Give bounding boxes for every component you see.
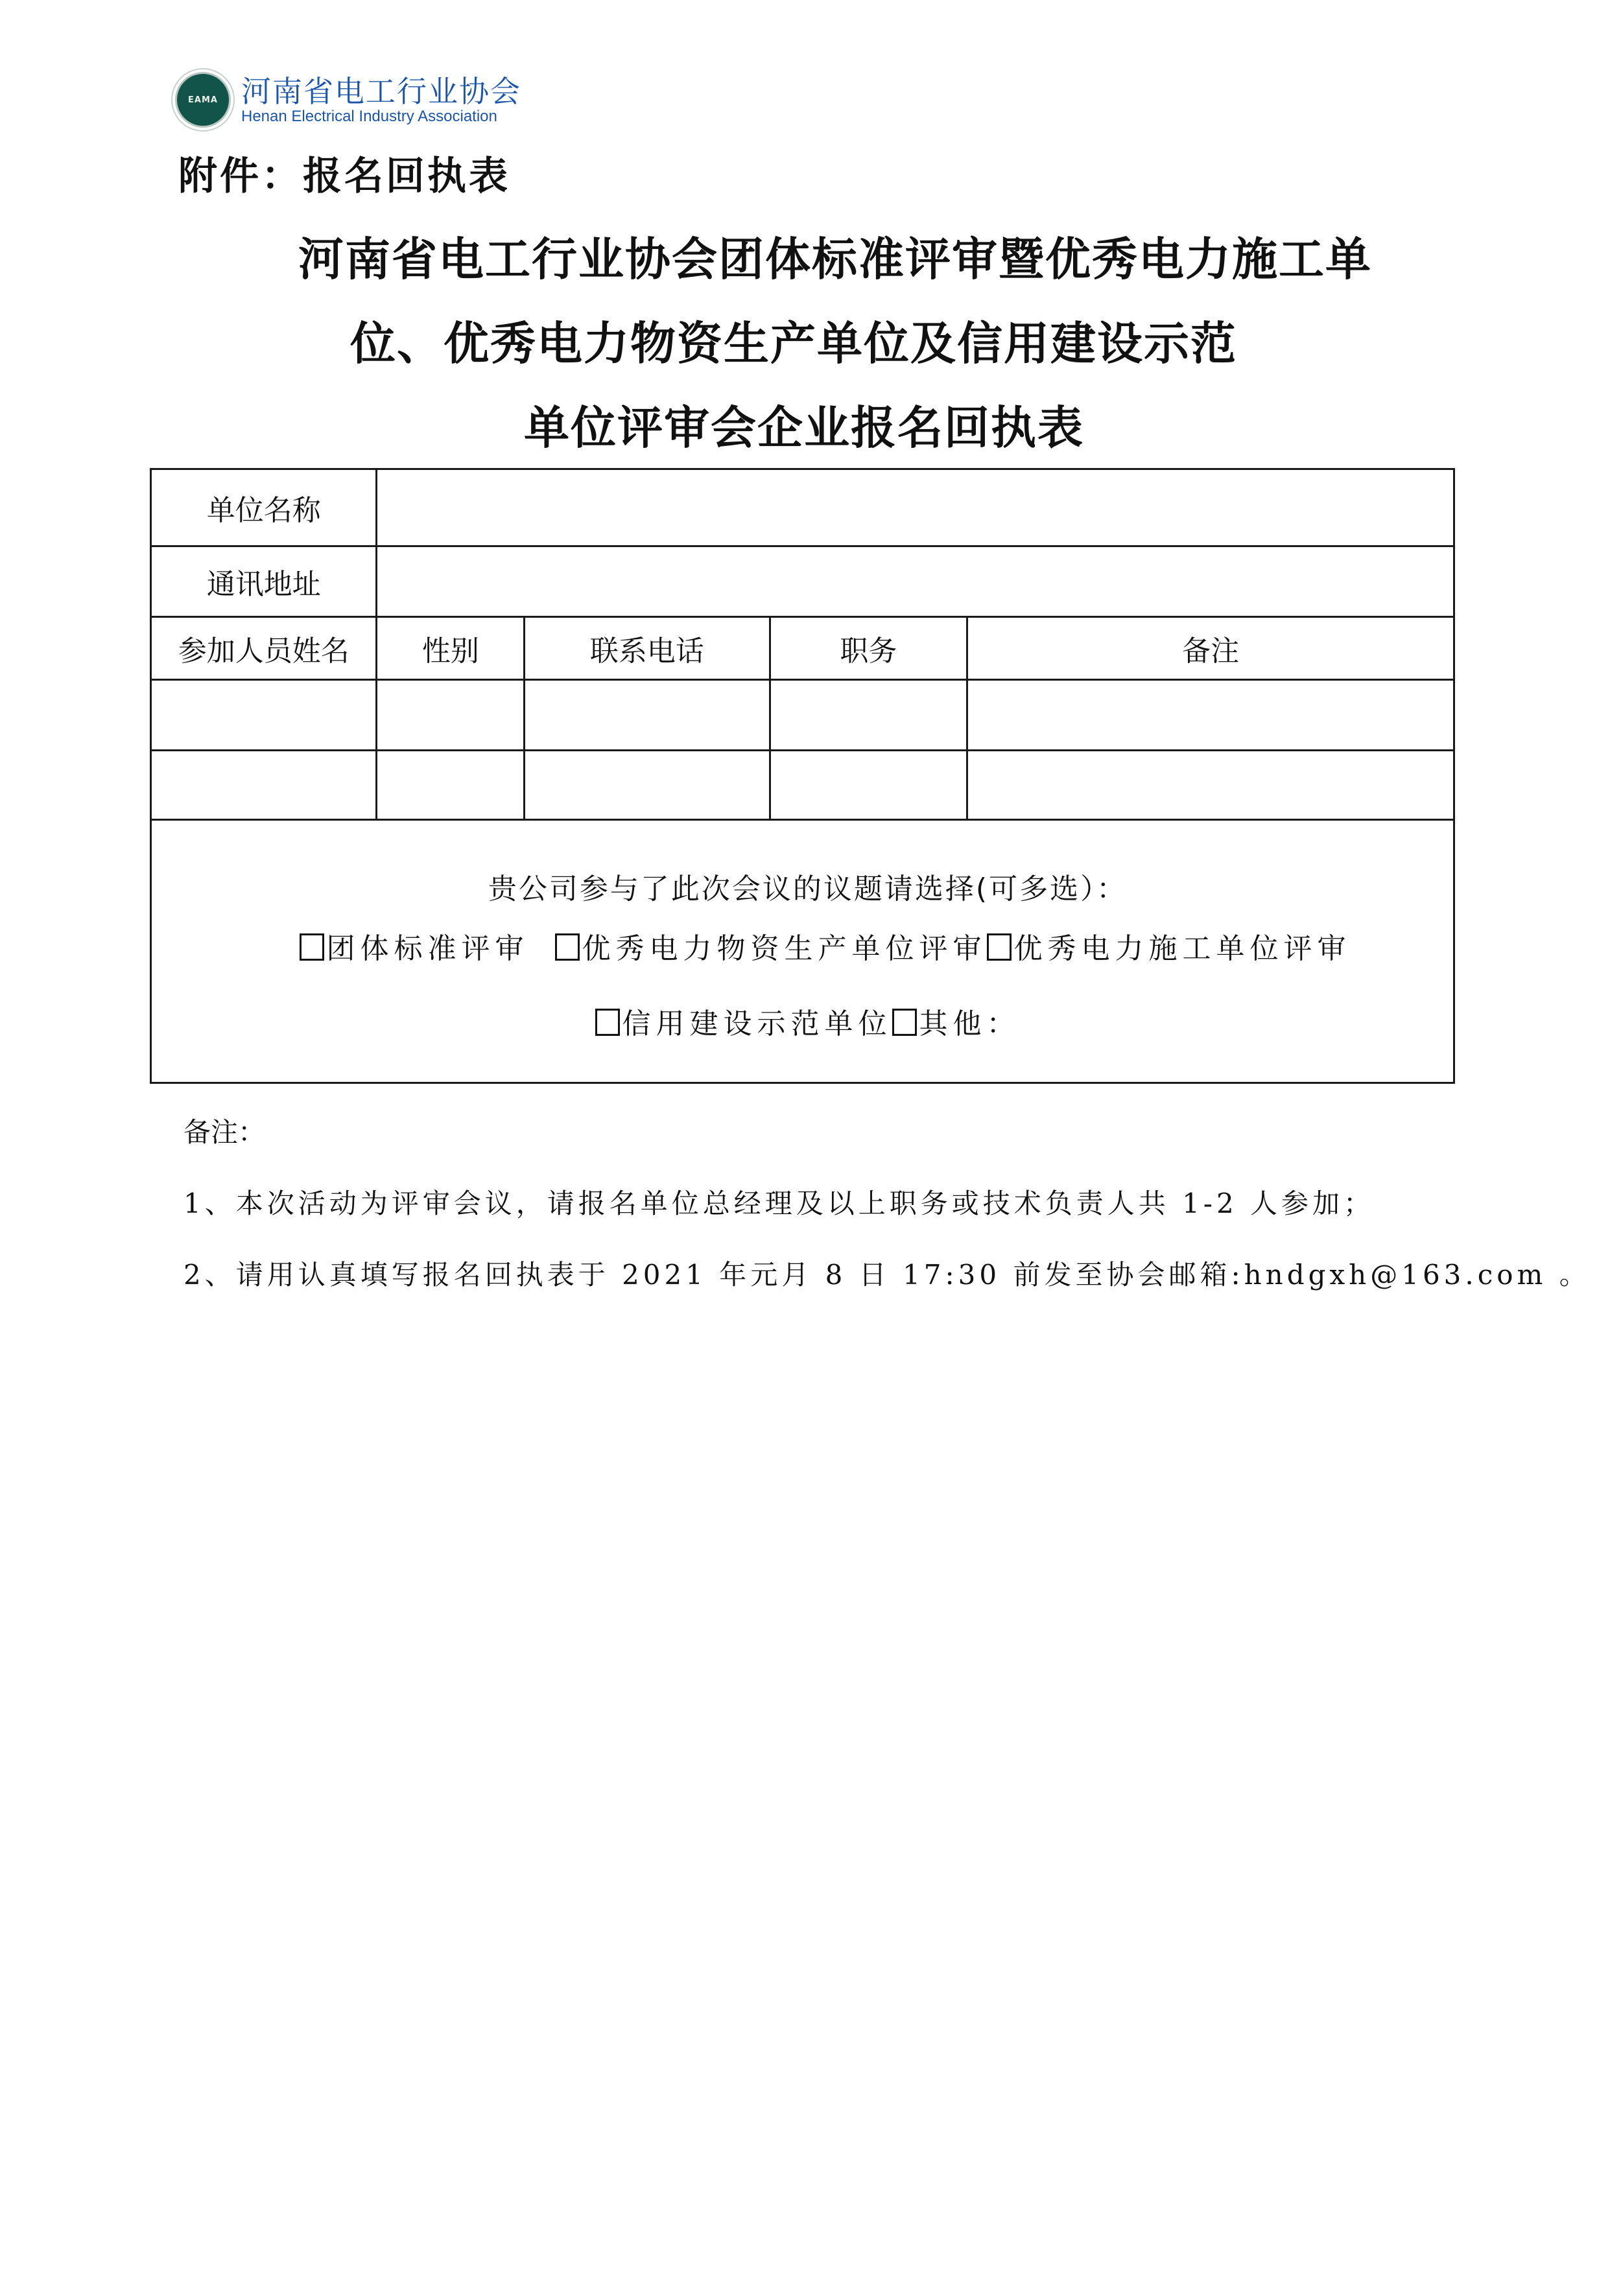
- option-construction-unit-review[interactable]: 优秀电力施工单位评审: [987, 932, 1351, 965]
- unit-name-field[interactable]: [377, 469, 1454, 546]
- address-field[interactable]: [377, 546, 1454, 617]
- topic-question: 贵公司参与了此次会议的议题请选择(可多选）：: [152, 860, 1453, 909]
- checkbox-icon[interactable]: [892, 1009, 917, 1036]
- notes-title: 备注：: [183, 1116, 265, 1149]
- checkbox-icon[interactable]: [300, 933, 324, 961]
- checkbox-icon[interactable]: [595, 1009, 620, 1036]
- note-item-2: 2、请用认真填写报名回执表于 2021 年元月 8 日 17:30 前发至协会邮…: [183, 1259, 1591, 1291]
- org-name-cn: 河南省电工行业协会: [241, 75, 521, 108]
- column-header-position: 职务: [770, 617, 967, 680]
- topic-selection-cell: 贵公司参与了此次会议的议题请选择(可多选）： 团体标准评审优秀电力物资生产单位评…: [151, 820, 1454, 1083]
- topic-selection-row: 贵公司参与了此次会议的议题请选择(可多选）： 团体标准评审优秀电力物资生产单位评…: [151, 820, 1454, 1083]
- note-item-1: 1、本次活动为评审会议，请报名单位总经理及以上职务或技术负责人共 1-2 人参加…: [183, 1188, 1375, 1220]
- option-label: 信用建设示范单位: [622, 1007, 892, 1040]
- document-title-line-2: 位、优秀电力物资生产单位及信用建设示范: [350, 314, 1237, 373]
- option-label: 其他：: [919, 1007, 1021, 1040]
- unit-name-label: 单位名称: [151, 469, 377, 546]
- table-row: [151, 680, 1454, 751]
- document-title-line-1: 河南省电工行业协会团体标准评审暨优秀电力施工单: [298, 230, 1372, 288]
- attendee-gender-field[interactable]: [377, 751, 525, 820]
- topic-options-line-2: 信用建设示范单位其他：: [162, 1005, 1453, 1044]
- registration-form-table: 单位名称 通讯地址 参加人员姓名 性别 联系电话 职务 备注 贵公司参与了此次会…: [150, 468, 1455, 1084]
- column-header-remarks: 备注: [967, 617, 1454, 680]
- checkbox-icon[interactable]: [555, 933, 580, 961]
- attendee-position-field[interactable]: [770, 751, 967, 820]
- attendee-name-field[interactable]: [151, 751, 377, 820]
- checkbox-icon[interactable]: [987, 933, 1012, 961]
- attendee-remarks-field[interactable]: [967, 751, 1454, 820]
- attendee-gender-field[interactable]: [377, 680, 525, 751]
- option-group-standard-review[interactable]: 团体标准评审: [300, 932, 529, 965]
- attendee-remarks-field[interactable]: [967, 680, 1454, 751]
- option-other[interactable]: 其他：: [892, 1007, 1021, 1040]
- attendee-header-row: 参加人员姓名 性别 联系电话 职务 备注: [151, 617, 1454, 680]
- org-name-en: Henan Electrical Industry Association: [241, 108, 521, 125]
- option-label: 优秀电力物资生产单位评审: [582, 932, 987, 965]
- column-header-name: 参加人员姓名: [151, 617, 377, 680]
- address-row: 通讯地址: [151, 546, 1454, 617]
- seal-badge-text: EAMA: [188, 95, 218, 105]
- attendee-name-field[interactable]: [151, 680, 377, 751]
- option-credit-demo-unit[interactable]: 信用建设示范单位: [595, 1007, 892, 1040]
- attendee-phone-field[interactable]: [525, 751, 770, 820]
- address-label: 通讯地址: [151, 546, 377, 617]
- table-row: [151, 751, 1454, 820]
- attachment-label: 附件：报名回执表: [178, 150, 510, 202]
- logo-text: 河南省电工行业协会 Henan Electrical Industry Asso…: [241, 75, 521, 125]
- unit-name-row: 单位名称: [151, 469, 1454, 546]
- column-header-gender: 性别: [377, 617, 525, 680]
- column-header-phone: 联系电话: [525, 617, 770, 680]
- topic-options-line-1: 团体标准评审优秀电力物资生产单位评审优秀电力施工单位评审: [197, 930, 1453, 968]
- option-label: 优秀电力施工单位评审: [1014, 932, 1351, 965]
- association-seal-icon: EAMA: [175, 72, 231, 128]
- attendee-position-field[interactable]: [770, 680, 967, 751]
- document-title-line-3: 单位评审会企业报名回执表: [524, 399, 1084, 457]
- attendee-phone-field[interactable]: [525, 680, 770, 751]
- option-label: 团体标准评审: [327, 932, 529, 965]
- association-logo: EAMA 河南省电工行业协会 Henan Electrical Industry…: [175, 69, 521, 131]
- option-material-producer-review[interactable]: 优秀电力物资生产单位评审: [555, 932, 987, 965]
